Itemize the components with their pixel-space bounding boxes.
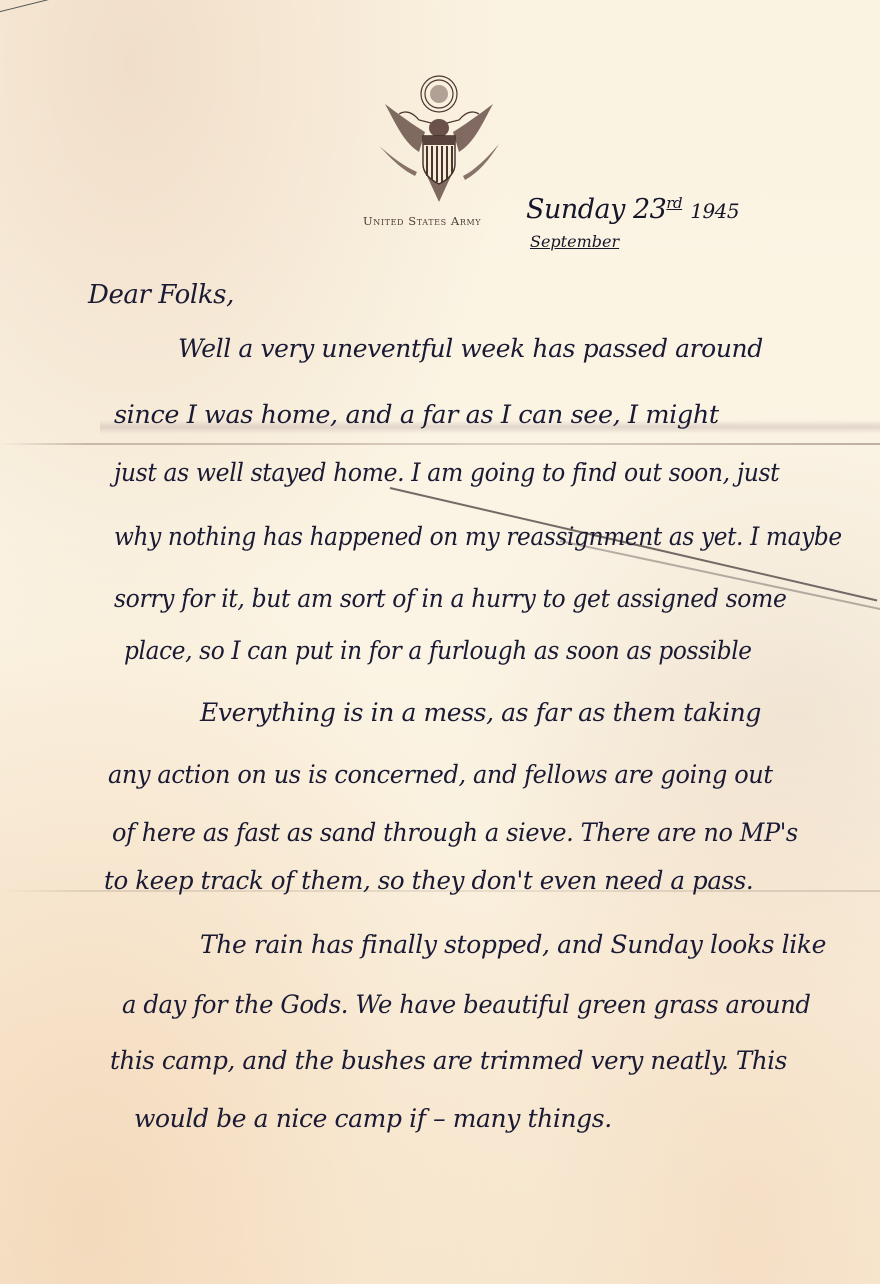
letter-line: sorry for it, but am sort of in a hurry … bbox=[114, 584, 786, 613]
letterhead-organization: United States Army bbox=[363, 214, 481, 228]
letter-line: why nothing has happened on my reassignm… bbox=[114, 522, 842, 551]
letter-line: to keep track of them, so they don't eve… bbox=[104, 866, 753, 895]
date-day: Sunday 23rd 1945 bbox=[526, 194, 739, 225]
letter-line: a day for the Gods. We have beautiful gr… bbox=[122, 990, 811, 1019]
letter-line: just as well stayed home. I am going to … bbox=[114, 458, 779, 487]
letter-line: Well a very uneventful week has passed a… bbox=[178, 334, 763, 363]
letter-line: any action on us is concerned, and fello… bbox=[108, 760, 773, 789]
letter-line: since I was home, and a far as I can see… bbox=[114, 400, 719, 429]
date-year: 1945 bbox=[690, 199, 739, 223]
letter-line: this camp, and the bushes are trimmed ve… bbox=[110, 1046, 787, 1075]
salutation: Dear Folks, bbox=[88, 280, 234, 310]
date-month: September bbox=[530, 232, 619, 251]
great-seal-eagle-icon bbox=[375, 72, 503, 208]
letter-page: United States Army Sunday 23rd 1945 Sept… bbox=[0, 0, 880, 1284]
letter-line: Everything is in a mess, as far as them … bbox=[200, 698, 761, 727]
letter-line: place, so I can put in for a furlough as… bbox=[124, 636, 752, 665]
letter-line: would be a nice camp if – many things. bbox=[134, 1104, 612, 1133]
date-day-text: Sunday 23 bbox=[526, 194, 666, 225]
fold-line bbox=[0, 443, 880, 445]
date-suffix: rd bbox=[666, 194, 682, 212]
letter-line: of here as fast as sand through a sieve.… bbox=[112, 818, 798, 847]
paper-corner-edge bbox=[0, 0, 51, 14]
letter-line: The rain has finally stopped, and Sunday… bbox=[200, 930, 826, 959]
